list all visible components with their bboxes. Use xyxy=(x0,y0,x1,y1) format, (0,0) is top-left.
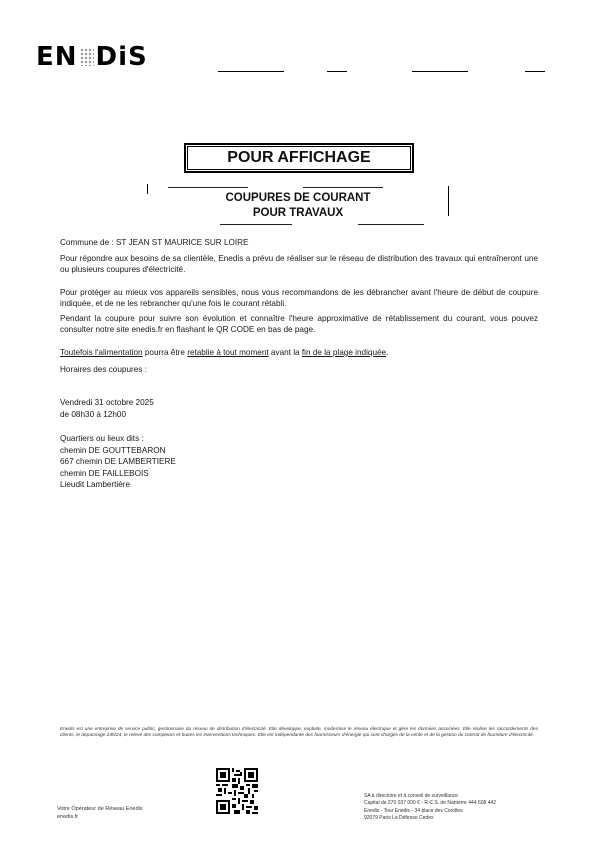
locations: Quartiers ou lieux dits : chemin DE GOUT… xyxy=(60,433,176,491)
header-rule xyxy=(412,71,468,72)
schedule: Vendredi 31 octobre 2025 de 08h30 à 12h0… xyxy=(60,397,154,420)
footer-operator: Votre Opérateur de Réseau Enedis xyxy=(57,806,143,814)
logo-text-left: EN xyxy=(36,42,78,72)
location-item: chemin DE FAILLEBOIS xyxy=(60,468,176,480)
notice-part: pourra être xyxy=(143,348,188,357)
decorative-line xyxy=(220,224,292,225)
schedule-hours: de 08h30 à 12h00 xyxy=(60,409,154,421)
enedis-logo: ENDiS xyxy=(36,44,148,70)
location-item: chemin DE GOUTTEBARON xyxy=(60,445,176,457)
footer-capital: Capital de 270 037 000 € - R.C.S. de Nan… xyxy=(364,800,496,807)
header-rule xyxy=(327,71,347,72)
decorative-line xyxy=(303,187,383,188)
decorative-bracket xyxy=(147,184,148,194)
decorative-line xyxy=(168,187,248,188)
enedis-dot-pattern-icon xyxy=(80,48,94,66)
footer-address: Enedis - Tour Enedis - 34 place des Coro… xyxy=(364,808,496,815)
notice-part: . xyxy=(386,348,388,357)
commune: Commune de : ST JEAN ST MAURICE SUR LOIR… xyxy=(60,237,538,248)
paragraph-tracking: Pendant la coupure pour suivre son évolu… xyxy=(60,313,538,335)
title-text: POUR AFFICHAGE xyxy=(227,149,370,167)
footer-city: 92079 Paris La Défense Cedex xyxy=(364,815,496,822)
footer-right: SA à directoire et à conseil de surveill… xyxy=(364,793,496,823)
footer-website[interactable]: enedis.fr xyxy=(57,814,143,822)
location-item: 667 chemin DE LAMBERTIERE xyxy=(60,456,176,468)
footer-left: Votre Opérateur de Réseau Enedis enedis.… xyxy=(57,806,143,821)
location-item: Lieudit Lambertière xyxy=(60,479,176,491)
header-rule xyxy=(218,71,284,72)
notice-part: avant la xyxy=(269,348,302,357)
logo-text-right: DiS xyxy=(96,42,148,72)
notice-part: fin de la plage indiquée xyxy=(302,348,386,357)
notice-restoration: Toutefois l'alimentation pourra être ret… xyxy=(60,347,538,358)
decorative-line xyxy=(358,224,424,225)
paragraph-works: Pour répondre aux besoins de sa clientèl… xyxy=(60,253,538,275)
subtitle-line-1: COUPURES DE COURANT xyxy=(150,191,446,205)
legal-notice: Enedis est une entreprise de service pub… xyxy=(60,727,538,740)
qr-code-icon[interactable] xyxy=(216,768,258,814)
header-rule xyxy=(525,71,545,72)
decorative-bracket xyxy=(448,186,449,216)
subtitle-line-2: POUR TRAVAUX xyxy=(150,206,446,220)
pour-affichage-title: POUR AFFICHAGE xyxy=(184,143,414,173)
horaires-label: Horaires des coupures : xyxy=(60,364,538,375)
locations-label: Quartiers ou lieux dits : xyxy=(60,433,176,445)
notice-part: Toutefois l'alimentation xyxy=(60,348,143,357)
schedule-date: Vendredi 31 octobre 2025 xyxy=(60,397,154,409)
paragraph-protection: Pour protéger au mieux vos appareils sen… xyxy=(60,287,538,309)
notice-part: retablie à tout moment xyxy=(187,348,268,357)
footer-company-type: SA à directoire et à conseil de surveill… xyxy=(364,793,496,800)
